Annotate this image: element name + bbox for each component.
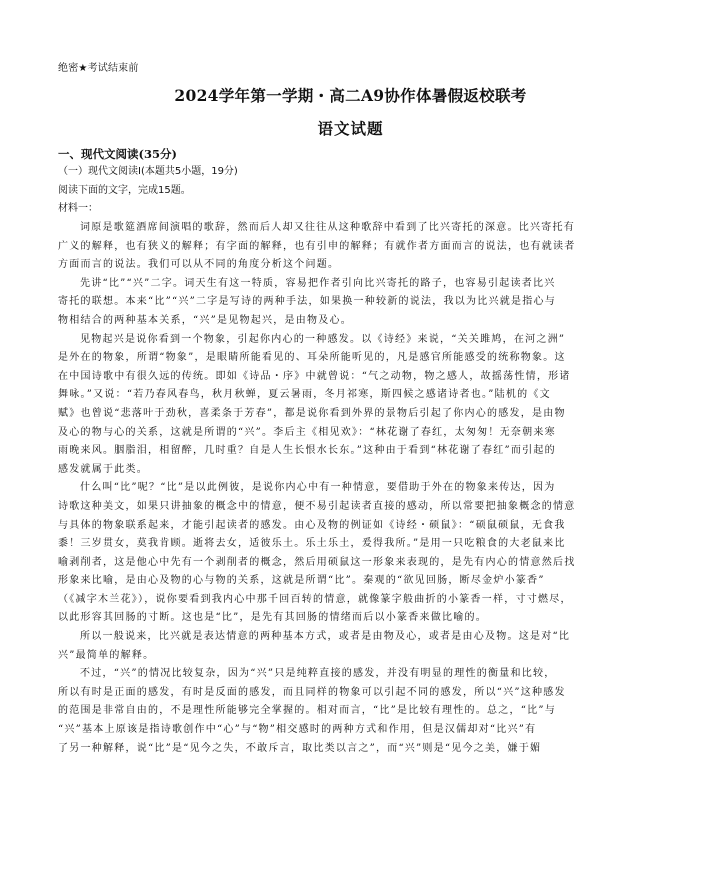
passage-line: 先讲“比”“兴”二字。词天生有这一特质，容易把作者引向比兴寄托的路子，也容易引起… (58, 275, 643, 294)
exam-title: 2024学年第一学期・高二A9协作体暑假返校联考 (0, 85, 701, 107)
passage-line: “兴”基本上原该是指诗歌创作中“心”与“物”相交感时的两种方式和作用，但是汉儒却… (58, 721, 643, 740)
passage-line: 喻剥削者，这是他心中先有一个剥削者的概念，然后用硕鼠这一形象来表现的，是先有内心… (58, 554, 643, 573)
passage-line: 赋》也曾说“悲落叶于劲秋，喜柔条于芳春”，都是说你看到外界的景物后引起了你内心的… (58, 405, 643, 424)
passage-line: 物相结合的两种基本关系，“兴”是见物起兴，是由物及心。 (58, 312, 643, 331)
material-label: 材料一： (58, 201, 98, 217)
passage-line: 以此形容其回肠的寸断。这也是“比”，是先有其回肠的情绪而后以小篆香来做比喻的。 (58, 609, 643, 628)
exam-page: 绝密★考试结束前 2024学年第一学期・高二A9协作体暑假返校联考 语文试题 一… (0, 0, 701, 877)
passage-line: 所以一般说来，比兴就是表达情意的两种基本方式，或者是由物及心，或者是由心及物。这… (58, 628, 643, 647)
passage-line: 与具体的物象联系起来，才能引起读者的感发。由心及物的例证如《诗经・硕鼠》：“硕鼠… (58, 517, 643, 536)
subsection-heading: （一）现代文阅读Ⅰ(本题共5小题，19分) (58, 164, 238, 180)
passage-line: 词原是歌筵酒席间演唱的歌辞，然而后人却又往往从这种歌辞中看到了比兴寄托的深意。比… (58, 219, 643, 238)
passage-line: 感发就属于此类。 (58, 461, 643, 480)
passage-line: 形象来比喻，是由心及物的心与物的关系，这就是所谓“比”。秦观的“欲见回肠，断尽金… (58, 572, 643, 591)
passage-line: 寄托的联想。本来“比”“兴”二字是写诗的两种手法，如果换一种较新的说法，我以为比… (58, 293, 643, 312)
passage-line: 了另一种解释，说“比”是“见今之失，不敢斥言，取比类以言之”，而“兴”则是“见今… (58, 740, 643, 759)
passage-line: 在中国诗歌中有很久远的传统。即如《诗品・序》中就曾说：“气之动物，物之感人，故摇… (58, 368, 643, 387)
reading-instruction: 阅读下面的文字，完成15题。 (58, 183, 191, 199)
passage-line: 黍！三岁贯女，莫我肯顾。逝将去女，适彼乐土。乐土乐土，爰得我所。”是用一只吃粮食… (58, 535, 643, 554)
passage-line: 雨晚来风。胭脂泪，相留醉，几时重？自是人生长恨水长东。”这种由于看到“林花谢了春… (58, 442, 643, 461)
passage-body: 词原是歌筵酒席间演唱的歌辞，然而后人却又往往从这种歌辞中看到了比兴寄托的深意。比… (58, 219, 643, 758)
passage-line: 的范围是非常自由的，不是理性所能够完全掌握的。相对而言，“比”是比较有理性的。总… (58, 702, 643, 721)
passage-line: 什么叫“比”呢？“比”是以此例彼，是说你内心中有一种情意，要借助于外在的物象来传… (58, 479, 643, 498)
section-heading: 一、现代文阅读(35分) (58, 146, 177, 162)
passage-line: 方面而言的说法。我们可以从不同的角度分析这个问题。 (58, 256, 643, 275)
passage-line: 见物起兴是说你看到一个物象，引起你内心的一种感发。以《诗经》来说，“关关雎鸠，在… (58, 331, 643, 350)
passage-line: 及心的物与心的关系，这就是所谓的“兴”。李后主《相见欢》：“林花谢了春红，太匆匆… (58, 424, 643, 443)
passage-line: （《减字木兰花》），说你要看到我内心中那千回百转的情意，就像篆字般曲折的小篆香一… (58, 591, 643, 610)
passage-line: 舞咏。”又说：“若乃春风春鸟，秋月秋蝉，夏云暑雨，冬月祁寒，斯四候之感诸诗者也。… (58, 386, 643, 405)
passage-line: 诗歌这种美文，如果只讲抽象的概念中的情意，便不易引起读者直接的感动，所以常要把抽… (58, 498, 643, 517)
exam-subtitle: 语文试题 (0, 118, 701, 140)
passage-line: 广义的解释，也有狭义的解释；有字面的解释，也有引申的解释；有就作者方面而言的说法… (58, 238, 643, 257)
passage-line: 是外在的物象，所谓“物象”，是眼睛所能看见的、耳朵所能听见的，凡是感官所能感受的… (58, 349, 643, 368)
passage-line: 不过，“兴”的情况比较复杂，因为“兴”只是纯粹直接的感发，并没有明显的理性的衡量… (58, 665, 643, 684)
passage-line: 所以有时是正面的感发，有时是反面的感发，而且同样的物象可以引起不同的感发，所以“… (58, 684, 643, 703)
confidential-mark: 绝密★考试结束前 (58, 62, 139, 76)
passage-line: 兴”最简单的解释。 (58, 647, 643, 666)
